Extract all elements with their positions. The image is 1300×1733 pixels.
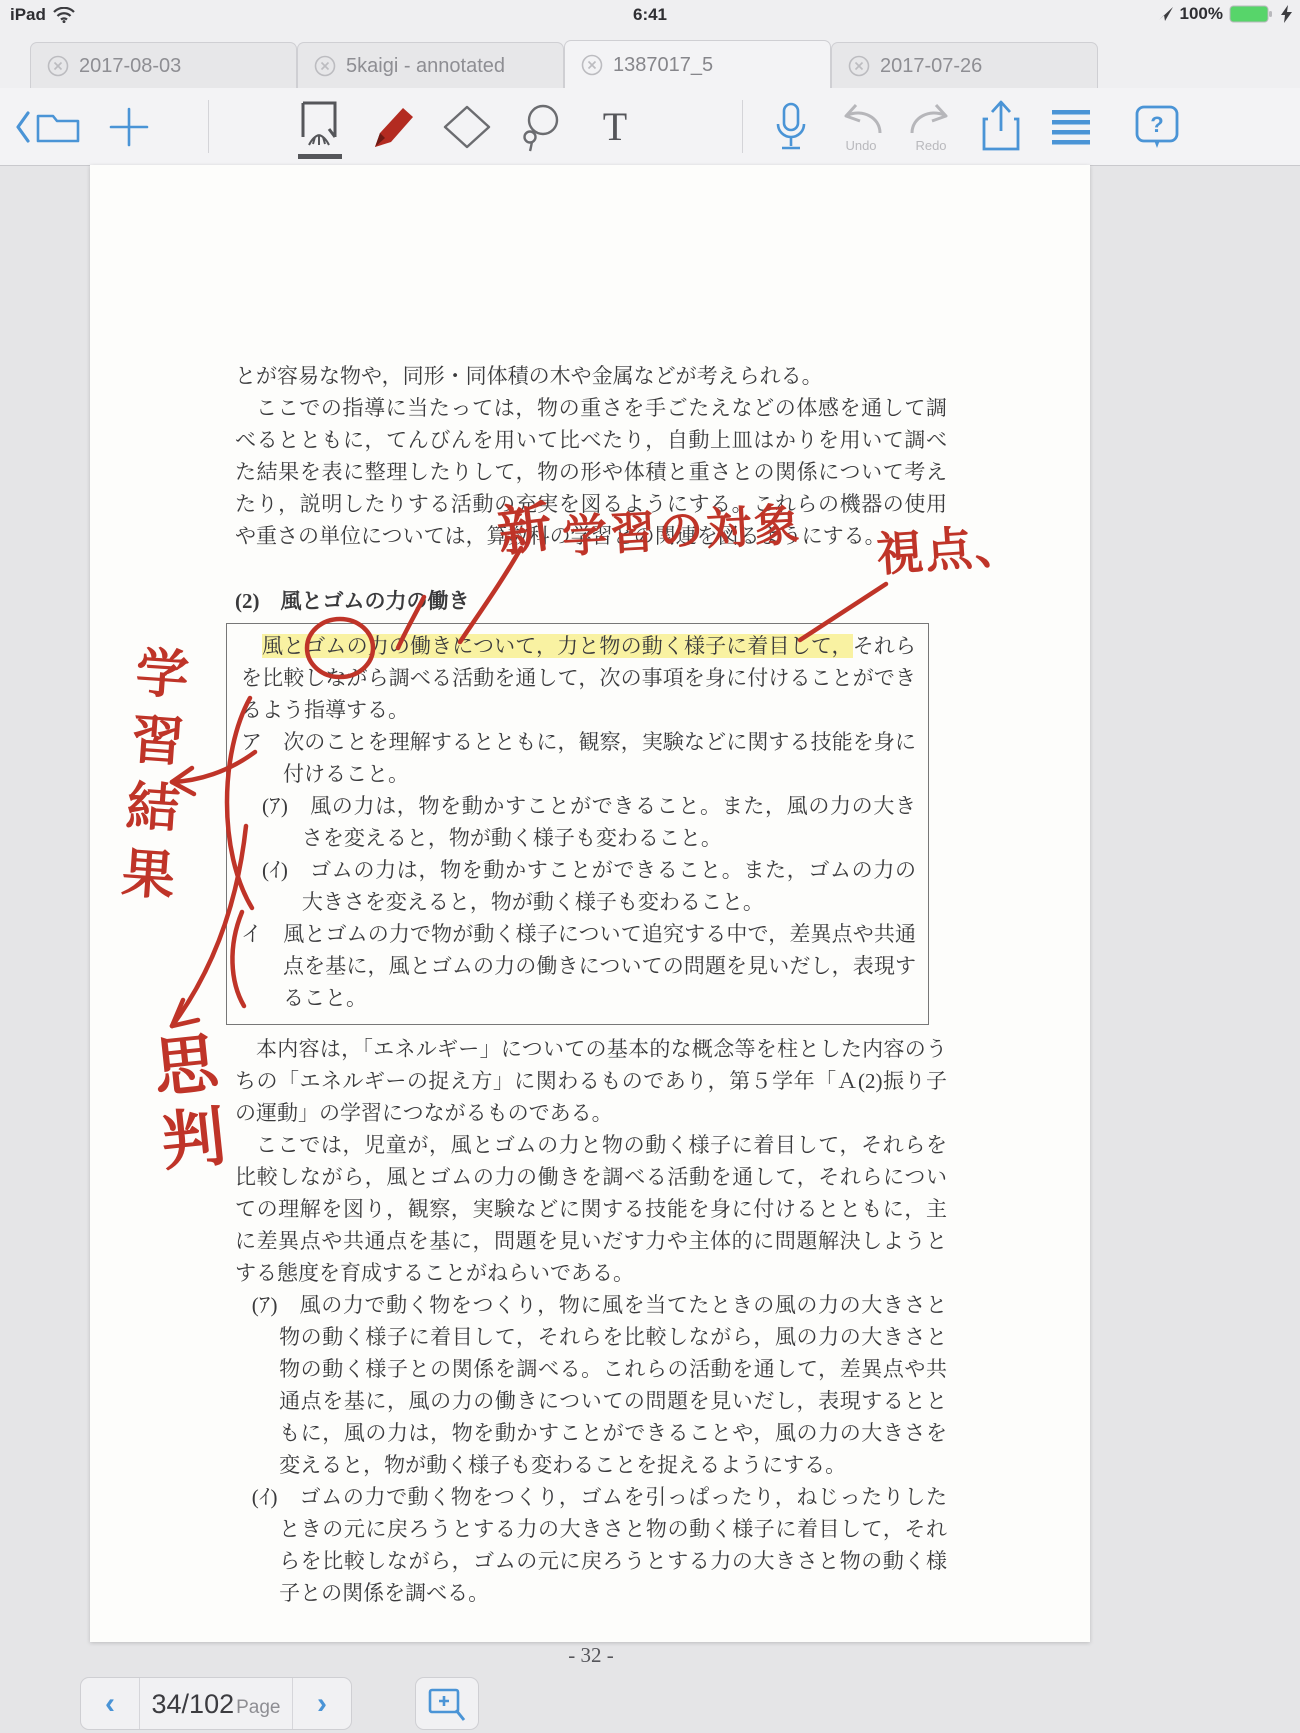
eraser-tool[interactable] [436,92,498,162]
page-number: - 32 - [235,1639,947,1671]
share-button[interactable] [970,92,1032,162]
help-button[interactable]: ? [1126,92,1188,162]
page-indicator[interactable]: 34/102 Page [140,1678,292,1729]
battery-percent: 100% [1180,4,1223,24]
paragraph: 本内容は，「エネルギー」についての基本的な概念等を柱とした内容のうちの「エネルギ… [235,1033,947,1129]
back-to-library-button[interactable] [18,92,80,162]
selected-tool-indicator [298,154,342,159]
tab-label: 1387017_5 [613,54,713,77]
toolbar-divider [208,100,209,153]
page-count: 34/102 [152,1689,235,1720]
svg-text:?: ? [1150,112,1163,137]
list-item: (ｱ) 風の力は，物を動かすことができること。また，風の力の大きさを変えると，物… [241,790,916,854]
read-mode-tool[interactable] [288,92,350,162]
charging-bolt-icon [1281,5,1292,23]
thumbnails-menu-button[interactable] [1040,92,1102,162]
handwritten-annotation-viewpoint: 視点、 [874,508,1025,585]
tab-1387017-5[interactable]: 1387017_5 [564,40,831,89]
paragraph: 風とゴムの力の働きについて，力と物の動く様子に着目して，それらを比較しながら調べ… [241,630,916,726]
text-tool-glyph: T [603,107,627,147]
section-heading: (2) 風とゴムの力の働き [235,585,947,617]
clock: 6:41 [0,5,1300,25]
pen-tool[interactable] [362,92,424,162]
toolbar: T Undo Redo [0,88,1300,166]
next-page-button[interactable]: › [292,1678,351,1729]
tab-label: 2017-08-03 [79,55,181,78]
paragraph: (ｱ) 風の力で動く物をつくり，物に風を当てたときの風の力の大きさと物の動く様子… [235,1289,947,1481]
page-label: Page [236,1697,280,1719]
battery-icon [1229,4,1275,24]
redo-label: Redo [915,138,946,153]
list-item: (ｲ) ゴムの力は，物を動かすことができること。また，ゴムの力の大きさを変えると… [241,854,916,918]
tab-bar: 2017-08-03 5kaigi - annotated 1387017_5 … [0,32,1300,89]
undo-label: Undo [845,138,876,153]
tab-2017-08-03[interactable]: 2017-08-03 [30,42,297,89]
highlighted-text: 風とゴムの力の働きについて，力と物の動く様子に着目して， [262,634,853,658]
tab-close-icon[interactable] [47,55,69,77]
paragraph: ここでは，児童が，風とゴムの力と物の動く様子に着目して，それらを比較しながら，風… [235,1129,947,1289]
tab-label: 5kaigi - annotated [346,55,505,78]
zoom-window-button[interactable] [415,1677,479,1730]
list-item: ア 次のことを理解するとともに，観察，実験などに関する技能を身に付けること。 [241,726,916,790]
tab-close-icon[interactable] [314,55,336,77]
handwritten-annotation-thinking-judgement: 思判 [131,1028,238,1185]
handwritten-annotation-learning-object: 学習の対象 [560,488,803,565]
paragraph: とが容易な物や，同形・同体積の木や金属などが考えられる。 [235,360,947,392]
page-navigator: ‹ 34/102 Page › [80,1677,352,1730]
tab-close-icon[interactable] [848,55,870,77]
list-item: イ 風とゴムの力で物が動く様子について追究する中で，差異点や共通点を基に，風とゴ… [241,918,916,1014]
tab-2017-07-26[interactable]: 2017-07-26 [831,42,1098,89]
text-tool[interactable]: T [584,92,646,162]
guideline-quote-box: 風とゴムの力の働きについて，力と物の動く様子に着目して，それらを比較しながら調べ… [226,623,929,1025]
location-arrow-icon [1159,7,1174,22]
magnifier-plus-icon [427,1685,467,1723]
paragraph: (ｲ) ゴムの力で動く物をつくり，ゴムを引っぱったり，ねじったりしたときの元に戻… [235,1481,947,1609]
toolbar-divider [742,100,743,153]
document-page[interactable]: とが容易な物や，同形・同体積の木や金属などが考えられる。 ここでの指導に当たって… [90,165,1090,1642]
previous-page-button[interactable]: ‹ [81,1678,140,1729]
redo-button[interactable]: Redo [900,92,962,162]
microphone-button[interactable] [760,92,822,162]
tab-5kaigi-annotated[interactable]: 5kaigi - annotated [297,42,564,89]
undo-button[interactable]: Undo [830,92,892,162]
lasso-tool[interactable] [510,92,572,162]
tab-label: 2017-07-26 [880,55,982,78]
add-page-button[interactable] [98,92,160,162]
tab-close-icon[interactable] [581,54,603,76]
status-bar: iPad 6:41 100% [0,0,1300,32]
handwritten-annotation-new: 新 [493,484,556,567]
